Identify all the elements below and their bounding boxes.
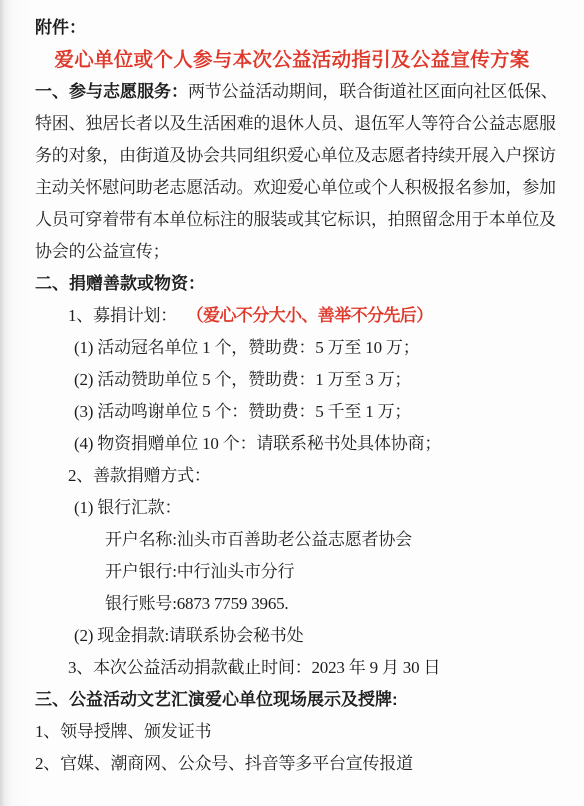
sponsor-tier-item: (4) 物资捐赠单位 10 个：请联系秘书处具体协商； (0, 428, 584, 460)
fundraising-plan-row: 1、募捐计划：（爱心不分大小、善举不分先后） (0, 300, 584, 332)
sponsor-tier-item: (3) 活动鸣谢单位 5 个：赞助费：5 千至 1 万； (0, 396, 584, 428)
bank-account-number: 银行账号:6873 7759 3965. (0, 588, 584, 620)
bank-name: 开户银行:中行汕头市分行 (0, 556, 584, 588)
section2-heading: 二、捐赠善款或物资： (0, 268, 584, 300)
document-page: 附件： 爱心单位或个人参与本次公益活动指引及公益宣传方案 一、参与志愿服务：两节… (0, 0, 584, 806)
fundraising-plan-label: 1、募捐计划： (68, 306, 177, 325)
cash-donation-line: (2) 现金捐款:请联系协会秘书处 (0, 620, 584, 652)
sponsor-tier-item: (1) 活动冠名单位 1 个，赞助费：5 万至 10 万； (0, 332, 584, 364)
deadline-line: 3、本次公益活动捐款截止时间：2023 年 9 月 30 日 (0, 652, 584, 684)
attachment-label: 附件： (35, 18, 86, 37)
section3-item: 1、领导授牌、颁发证书 (0, 716, 584, 748)
section1-first-line: 一、参与志愿服务：两节公益活动期间，联合街道社区面向社区低保、 (0, 76, 584, 108)
doc-title: 爱心单位或个人参与本次公益活动指引及公益宣传方案 (54, 49, 529, 71)
section1-line: 协会的公益宣传； (0, 236, 584, 268)
section3-heading: 三、公益活动文艺汇演爱心单位现场展示及授牌: (0, 684, 584, 716)
section1-line: 特困、独居长者以及生活困难的退休人员、退伍军人等符合公益志愿服 (0, 108, 584, 140)
section3-item: 2、官媒、潮商网、公众号、抖音等多平台宣传报道 (0, 748, 584, 780)
title-row: 爱心单位或个人参与本次公益活动指引及公益宣传方案 (0, 44, 584, 76)
attachment-row: 附件： (0, 12, 584, 44)
section1-line: 人员可穿着带有本单位标注的服装或其它标识，拍照留念用于本单位及 (0, 204, 584, 236)
bank-account-name: 开户名称:汕头市百善助老公益志愿者协会 (0, 524, 584, 556)
section1-line: 主动关怀慰问助老志愿活动。欢迎爱心单位或个人积极报名参加，参加 (0, 172, 584, 204)
donation-method-label: 2、善款捐赠方式： (0, 460, 584, 492)
section1-line: 务的对象，由街道及协会共同组织爱心单位及志愿者持续开展入户探访 (0, 140, 584, 172)
sponsor-tier-item: (2) 活动赞助单位 5 个，赞助费：1 万至 3 万； (0, 364, 584, 396)
bank-transfer-label: (1) 银行汇款： (0, 492, 584, 524)
section1-heading: 一、参与志愿服务： (35, 82, 188, 101)
fundraising-plan-note: （爱心不分大小、善举不分先后） (195, 306, 433, 325)
section1-line-text: 两节公益活动期间，联合街道社区面向社区低保、 (188, 82, 558, 101)
